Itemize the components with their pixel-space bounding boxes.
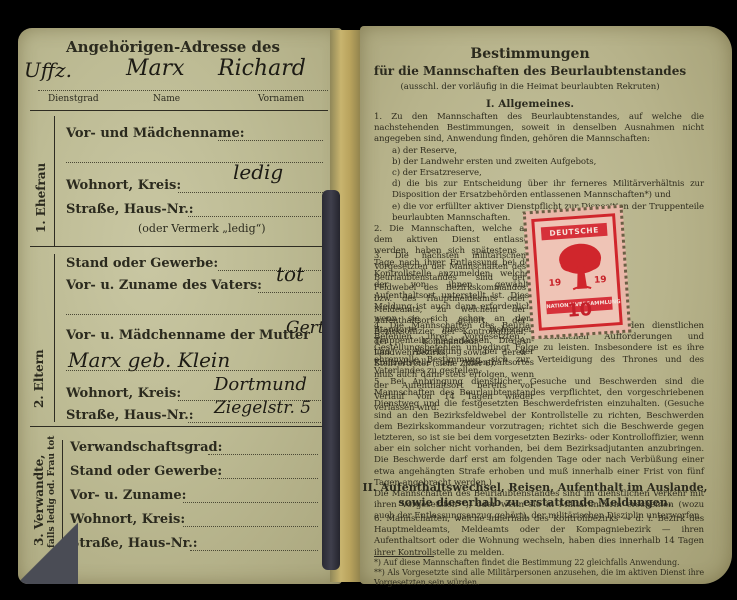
list-item-a: a) der Reserve, — [374, 146, 704, 157]
field-line — [178, 192, 323, 193]
name-label: Name — [153, 94, 180, 104]
section1-label: 1. Ehefrau — [34, 163, 48, 233]
name-value: Marx — [126, 56, 185, 81]
spine-binding — [322, 190, 340, 570]
field-label: Stand oder Gewerbe: — [66, 256, 218, 271]
field-value-vater: tot — [276, 262, 304, 286]
field-line — [218, 478, 318, 479]
field-line — [190, 550, 318, 551]
field-line — [66, 314, 323, 315]
footnote-2: **) Als Vorgesetzte sind alle Militärper… — [374, 568, 704, 588]
field-value-ledig: ledig — [233, 160, 283, 184]
section-II-heading-2: sowie dieserhalb zu erstattende Meldunge… — [360, 496, 710, 509]
paragraph-3-left: 3. Die nächsten militärischen Vorgesetzt… — [374, 250, 526, 369]
stamp-frame: DEUTSCHE 19 19 NATIONALVERSAMMLUNG 10 — [531, 213, 623, 331]
field-line — [208, 454, 318, 455]
paragraph-5: 5. Bei Anbringung dienstlicher Gesuche u… — [374, 377, 704, 489]
section2-label: 2. Eltern — [32, 349, 46, 408]
field-line — [183, 526, 318, 527]
right-page-subnote: (ausschl. der vorläufig in die Heimat be… — [360, 82, 700, 92]
field-label: Verwandschaftsgrad: — [70, 440, 222, 455]
stamp-value: 10 — [540, 297, 619, 323]
field-label: Vor- u. Mädchenname der Mutter — [66, 328, 310, 343]
field-line — [66, 162, 323, 163]
section2-border — [54, 254, 55, 422]
field-label: Wohnort, Kreis: — [66, 386, 181, 401]
section-I-heading: I. Allgemeines. — [360, 98, 700, 110]
field-label: Stand oder Gewerbe: — [70, 464, 222, 479]
stamp-top-banner: DEUTSCHE — [541, 223, 608, 241]
paragraph-3: 3. Die nächsten militärischen Vorgesetzt… — [374, 250, 526, 369]
section1-divider — [30, 246, 328, 247]
paragraph-1: 1. Zu den Mannschaften des Beurlaubtenst… — [374, 112, 704, 146]
field-value-strasse: Ziegelstr. 5 — [214, 398, 311, 418]
field-value-wohnort: Dortmund — [214, 374, 307, 395]
field-value-mutter-name: Marx geb. Klein — [68, 348, 230, 372]
section-II-heading: II. Aufenthaltswechsel, Reisen, Aufentha… — [360, 481, 710, 494]
field-line — [188, 216, 323, 217]
field-label: Vor- u. Zuname des Vaters: — [66, 278, 262, 293]
list-item-c: c) der Ersatzreserve, — [374, 168, 704, 179]
field-line — [188, 422, 323, 423]
paragraph-7: 6. Mannschaften, welche innerhalb des Ko… — [374, 514, 704, 559]
name-line — [38, 90, 328, 91]
dienstgrad-label: Dienstgrad — [48, 94, 99, 104]
field-line — [183, 502, 318, 503]
section2-divider — [30, 426, 328, 427]
field-line — [218, 140, 323, 141]
field-label: Straße, Haus-Nr.: — [66, 408, 194, 423]
header-divider — [30, 110, 328, 111]
stamp-year-left: 19 — [548, 278, 561, 289]
postage-stamp: DEUTSCHE 19 19 NATIONALVERSAMMLUNG 10 — [523, 205, 632, 340]
field-line — [66, 370, 323, 371]
left-page-title: Angehörigen-Adresse des — [18, 38, 328, 56]
dienstgrad-value: Uffz. — [24, 58, 72, 82]
footnotes: *) Auf diese Mannschaften findet die Bes… — [374, 558, 704, 588]
vornamen-value: Richard — [218, 56, 306, 81]
vornamen-label: Vornamen — [258, 94, 304, 104]
field-label: Vor- u. Zuname: — [70, 488, 186, 503]
right-page-title: Bestimmungen — [360, 46, 700, 62]
cover-corner — [18, 520, 78, 584]
list-item-d: d) die bis zur Entscheidung über ihr fer… — [374, 179, 704, 201]
right-page-subtitle: für die Mannschaften des Beurlaubtenstan… — [360, 64, 700, 78]
field-label: Straße, Haus-Nr.: — [66, 202, 194, 217]
field-line — [218, 270, 323, 271]
tree-icon — [554, 239, 608, 294]
field-label: Wohnort, Kreis: — [66, 178, 181, 193]
footnote-1: *) Auf diese Mannschaften findet die Bes… — [374, 558, 704, 568]
regulations-text-section-II: 6. Mannschaften, welche innerhalb des Ko… — [374, 514, 704, 559]
field-label: Vor- und Mädchenname: — [66, 126, 245, 141]
list-item-b: b) der Landwehr ersten und zweiten Aufge… — [374, 157, 704, 168]
section1-note: (oder Vermerk „ledig“) — [138, 222, 266, 235]
field-label: Straße, Haus-Nr.: — [70, 536, 198, 551]
section1-border — [54, 116, 55, 246]
footnote-divider — [374, 556, 434, 557]
stamp-year-right: 19 — [594, 275, 607, 286]
field-label: Wohnort, Kreis: — [70, 512, 185, 527]
field-line — [258, 292, 323, 293]
left-page: Angehörigen-Adresse des Uffz. Marx Richa… — [18, 28, 342, 584]
